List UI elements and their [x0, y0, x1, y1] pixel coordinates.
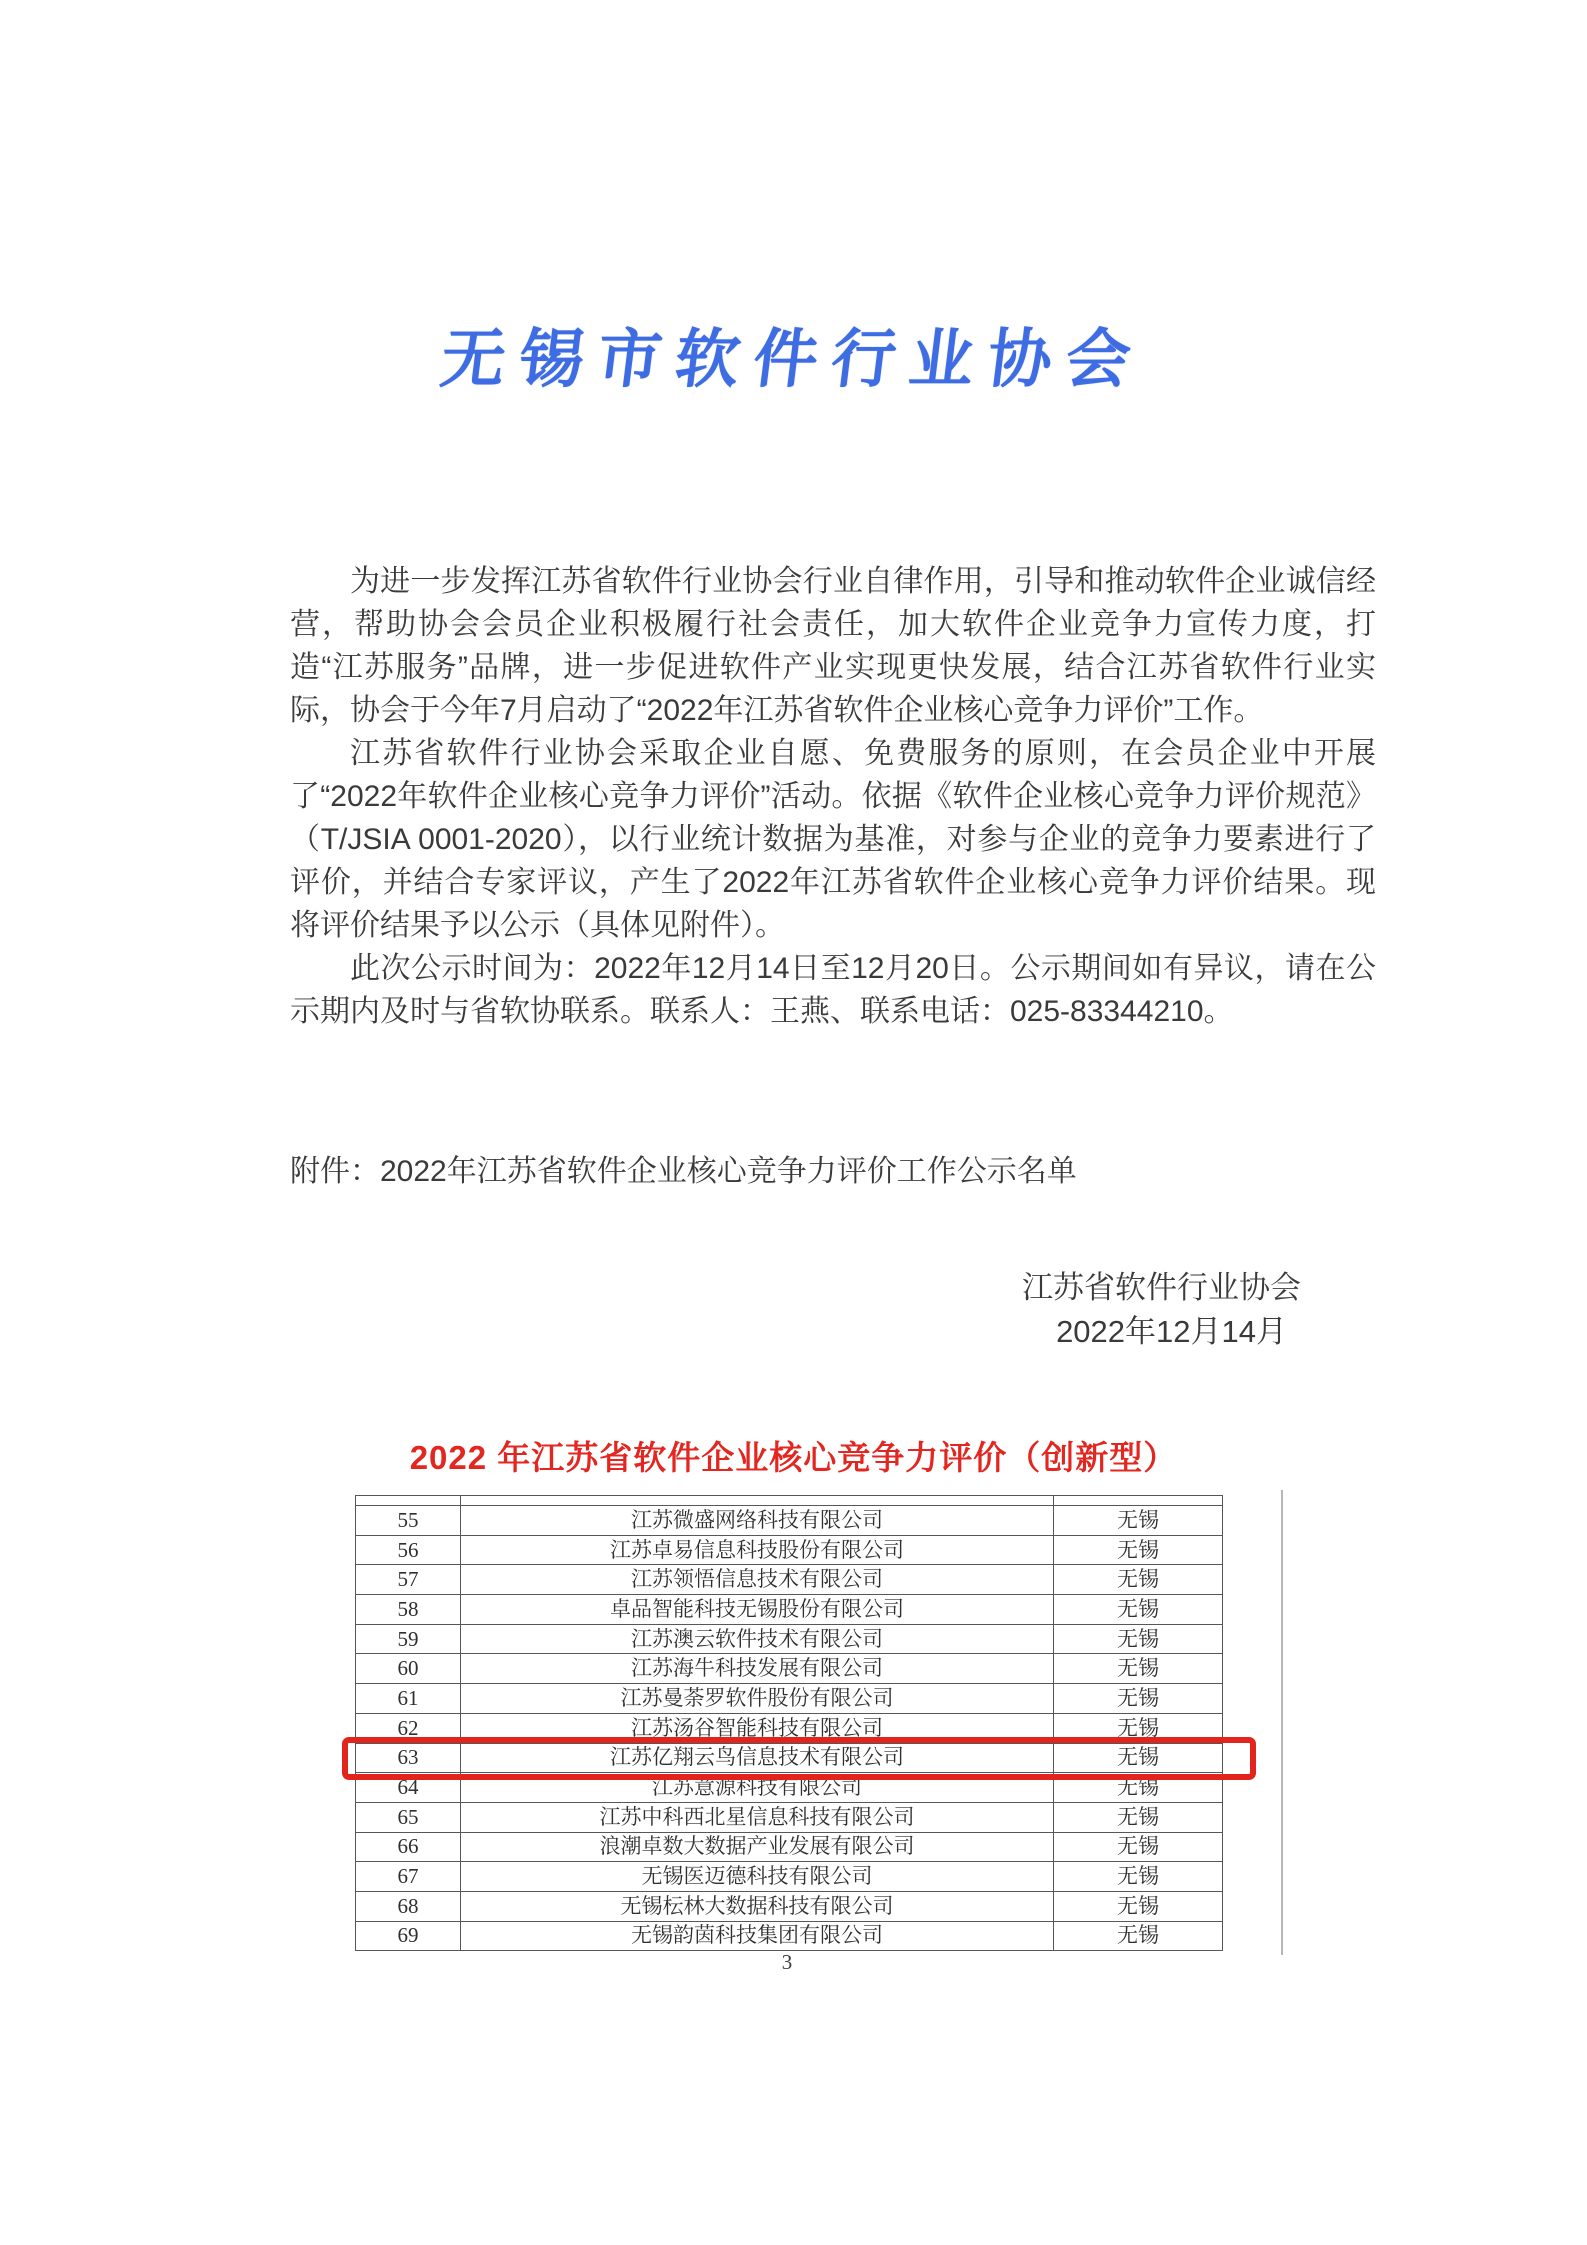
paragraph-publicity-period: 此次公示时间为：2022年12月14日至12月20日。公示期间如有异议，请在公示… [290, 947, 1376, 1033]
partial-cell [356, 1496, 461, 1506]
city: 无锡 [1054, 1802, 1223, 1832]
table-title: 2022 年江苏省软件企业核心竞争力评价（创新型） [0, 1432, 1587, 1479]
row-number: 62 [356, 1713, 461, 1743]
city: 无锡 [1054, 1832, 1223, 1862]
attachment-line: 附件：2022年江苏省软件企业核心竞争力评价工作公示名单 [290, 1146, 1077, 1190]
table-row: 58卓品智能科技无锡股份有限公司无锡 [356, 1595, 1223, 1625]
partial-cell [1054, 1496, 1223, 1506]
row-number: 69 [356, 1921, 461, 1951]
city: 无锡 [1054, 1921, 1223, 1951]
row-number: 58 [356, 1595, 461, 1625]
association-title-text: 无锡市软件行业协会 [436, 308, 1150, 400]
company-name: 卓品智能科技无锡股份有限公司 [461, 1595, 1054, 1625]
row-number: 68 [356, 1891, 461, 1921]
company-name: 无锡韵茵科技集团有限公司 [461, 1921, 1054, 1951]
table-row: 63江苏亿翔云鸟信息技术有限公司无锡 [356, 1743, 1223, 1773]
row-number: 66 [356, 1832, 461, 1862]
row-number: 67 [356, 1862, 461, 1892]
city: 无锡 [1054, 1862, 1223, 1892]
row-number: 55 [356, 1506, 461, 1536]
city: 无锡 [1054, 1713, 1223, 1743]
city: 无锡 [1054, 1743, 1223, 1773]
association-title: 无锡市软件行业协会 [0, 308, 1587, 400]
city: 无锡 [1054, 1654, 1223, 1684]
row-number: 60 [356, 1654, 461, 1684]
table-row: 57江苏领悟信息技术有限公司无锡 [356, 1565, 1223, 1595]
eval-table-body: 55江苏微盛网络科技有限公司无锡56江苏卓易信息科技股份有限公司无锡57江苏领悟… [356, 1496, 1223, 1951]
table-row: 68无锡枟林大数据科技有限公司无锡 [356, 1891, 1223, 1921]
table-row: 56江苏卓易信息科技股份有限公司无锡 [356, 1535, 1223, 1565]
table-row: 61江苏曼荼罗软件股份有限公司无锡 [356, 1684, 1223, 1714]
city: 无锡 [1054, 1595, 1223, 1625]
company-name: 无锡枟林大数据科技有限公司 [461, 1891, 1054, 1921]
company-name: 江苏微盛网络科技有限公司 [461, 1506, 1054, 1536]
company-name: 江苏中科西北星信息科技有限公司 [461, 1802, 1054, 1832]
announcement-body: 为进一步发挥江苏省软件行业协会行业自律作用，引导和推动软件企业诚信经营，帮助协会… [290, 560, 1376, 1033]
city: 无锡 [1054, 1506, 1223, 1536]
table-row: 69无锡韵茵科技集团有限公司无锡 [356, 1921, 1223, 1951]
table-partial-row [356, 1496, 1223, 1506]
row-number: 61 [356, 1684, 461, 1714]
city: 无锡 [1054, 1624, 1223, 1654]
table-row: 55江苏微盛网络科技有限公司无锡 [356, 1506, 1223, 1536]
partial-cell [461, 1496, 1054, 1506]
table-row: 64江苏意源科技有限公司无锡 [356, 1773, 1223, 1803]
row-number: 64 [356, 1773, 461, 1803]
row-number: 65 [356, 1802, 461, 1832]
table-row: 59江苏澳云软件技术有限公司无锡 [356, 1624, 1223, 1654]
company-name: 无锡医迈德科技有限公司 [461, 1862, 1054, 1892]
company-name: 江苏意源科技有限公司 [461, 1773, 1054, 1803]
table-row: 67无锡医迈德科技有限公司无锡 [356, 1862, 1223, 1892]
issuer-signature: 江苏省软件行业协会 [1022, 1262, 1301, 1307]
issue-date: 2022年12月14月 [1056, 1306, 1287, 1351]
table-row: 62江苏汤谷智能科技有限公司无锡 [356, 1713, 1223, 1743]
table-row: 60江苏海牛科技发展有限公司无锡 [356, 1654, 1223, 1684]
company-name: 江苏澳云软件技术有限公司 [461, 1624, 1054, 1654]
row-number: 63 [356, 1743, 461, 1773]
row-number: 56 [356, 1535, 461, 1565]
table-row: 66浪潮卓数大数据产业发展有限公司无锡 [356, 1832, 1223, 1862]
row-number: 57 [356, 1565, 461, 1595]
company-name: 江苏曼荼罗软件股份有限公司 [461, 1684, 1054, 1714]
company-name: 江苏海牛科技发展有限公司 [461, 1654, 1054, 1684]
company-name: 江苏卓易信息科技股份有限公司 [461, 1535, 1054, 1565]
paragraph-method: 江苏省软件行业协会采取企业自愿、免费服务的原则，在会员企业中开展了“2022年软… [290, 732, 1376, 947]
city: 无锡 [1054, 1773, 1223, 1803]
document-page: 无锡市软件行业协会 为进一步发挥江苏省软件行业协会行业自律作用，引导和推动软件企… [0, 0, 1587, 2245]
company-name: 江苏汤谷智能科技有限公司 [461, 1713, 1054, 1743]
company-name: 江苏亿翔云鸟信息技术有限公司 [461, 1743, 1054, 1773]
eval-table: 55江苏微盛网络科技有限公司无锡56江苏卓易信息科技股份有限公司无锡57江苏领悟… [355, 1495, 1223, 1951]
city: 无锡 [1054, 1891, 1223, 1921]
company-name: 江苏领悟信息技术有限公司 [461, 1565, 1054, 1595]
company-name: 浪潮卓数大数据产业发展有限公司 [461, 1832, 1054, 1862]
city: 无锡 [1054, 1565, 1223, 1595]
paragraph-intro: 为进一步发挥江苏省软件行业协会行业自律作用，引导和推动软件企业诚信经营，帮助协会… [290, 560, 1376, 732]
table-row: 65江苏中科西北星信息科技有限公司无锡 [356, 1802, 1223, 1832]
city: 无锡 [1054, 1684, 1223, 1714]
city: 无锡 [1054, 1535, 1223, 1565]
row-number: 59 [356, 1624, 461, 1654]
scan-edge-line [1281, 1490, 1283, 1955]
page-number: 3 [0, 1950, 1574, 1975]
